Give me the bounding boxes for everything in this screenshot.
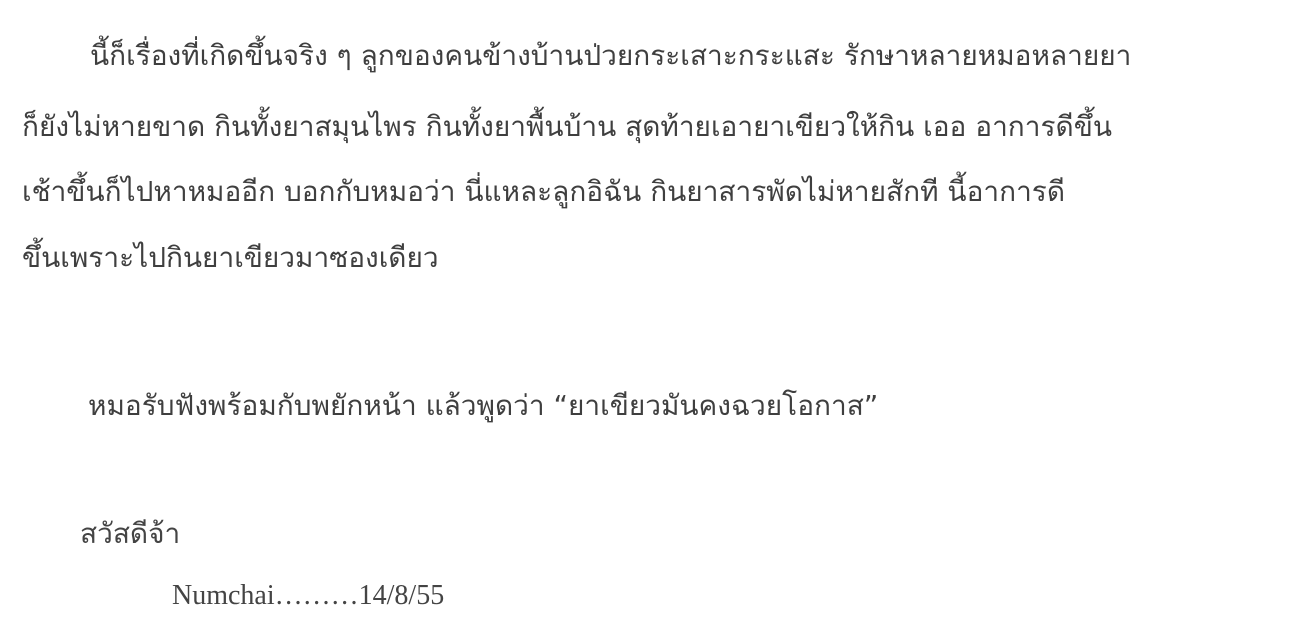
paragraph-line-3: เช้าขึ้นก็ไปหาหมออีก บอกกับหมอว่า นี่แหล… [22, 174, 1065, 210]
paragraph-line-4: ขึ้นเพราะไปกินยาเขียวมาซองเดียว [22, 240, 439, 276]
paragraph-line-1: นี้ก็เรื่องที่เกิดขึ้นจริง ๆ ลูกของคนข้า… [90, 38, 1131, 74]
scanned-document-page: นี้ก็เรื่องที่เกิดขึ้นจริง ๆ ลูกของคนข้า… [0, 0, 1296, 624]
greeting: สวัสดีจ้า [80, 516, 180, 552]
signature-date: Numchai………14/8/55 [172, 578, 444, 614]
quote-line: หมอรับฟังพร้อมกับพยักหน้า แล้วพูดว่า “ยา… [88, 388, 878, 424]
paragraph-line-2: ก็ยังไม่หายขาด กินทั้งยาสมุนไพร กินทั้งย… [22, 109, 1112, 145]
